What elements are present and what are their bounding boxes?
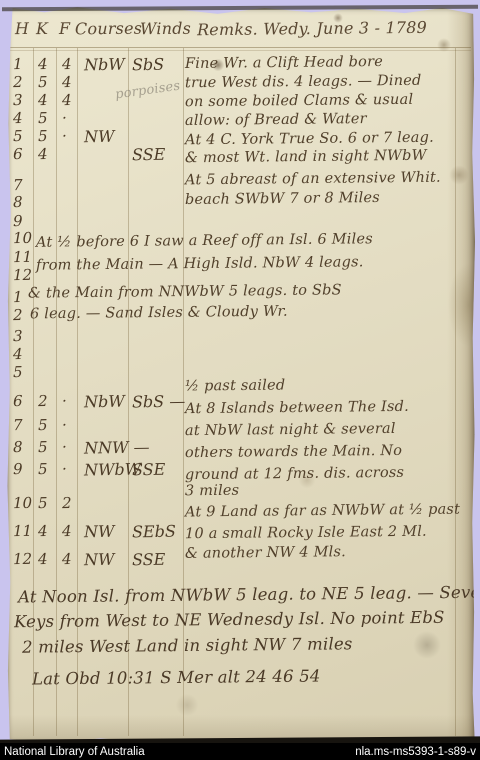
log-row: 9 [7, 212, 475, 230]
hour-cell: 1 [13, 288, 23, 306]
hour-cell: 2 [13, 73, 23, 91]
remark-line: At 5 abreast of an extensive Whit. [185, 170, 441, 189]
fathoms-cell: · [62, 438, 67, 456]
course-cell: NNW — [84, 437, 150, 457]
hour-cell: 10 [13, 229, 32, 247]
hour-cell: 3 [13, 91, 23, 109]
remark-line: allow: of Bread & Water [185, 111, 367, 129]
hour-cell: 9 [13, 212, 23, 230]
header-rule [9, 47, 471, 48]
wind-cell: SEbS [132, 522, 176, 542]
header-fathoms-label: F [59, 19, 71, 38]
knots-cell: 4 [38, 91, 48, 109]
noon-summary-line: Keys from West to NE Wednesdy Isl. No po… [14, 608, 445, 632]
hour-cell: 5 [13, 363, 23, 381]
knots-cell: 2 [38, 392, 48, 410]
wind-cell: SSE [132, 550, 166, 570]
course-cell: NbW [84, 55, 125, 75]
remark-line: At 9 Land as far as NWbW at ½ past [185, 502, 460, 521]
wind-cell: SSE [132, 145, 166, 165]
hour-cell: 10 [13, 494, 32, 512]
hour-cell: 4 [13, 345, 23, 363]
knots-cell: 5 [38, 460, 48, 478]
remark-line: At 4 C. York True So. 6 or 7 leag. [185, 130, 434, 149]
hour-cell: 6 [13, 145, 23, 163]
hour-cell: 6 [13, 392, 23, 410]
hour-cell: 1 [13, 55, 23, 73]
header-courses-label: Courses [75, 19, 142, 39]
knots-cell: 5 [38, 438, 48, 456]
header-remarks-label: Remks. Wedy. June 3 - 1789 [197, 18, 427, 39]
fathoms-cell: 4 [62, 73, 72, 91]
fathoms-cell: 2 [62, 494, 72, 512]
fathoms-cell: 4 [62, 91, 72, 109]
remark-line: & another NW 4 Mls. [185, 544, 346, 562]
remark-line: & the Main from NNWbW 5 leags. to SbS [28, 282, 342, 301]
hour-cell: 8 [13, 193, 23, 211]
hour-cell: 2 [13, 306, 23, 324]
knots-cell: 4 [38, 522, 48, 540]
remark-line: ground at 12 fms. dis. across [185, 465, 404, 483]
remark-line: & most Wt. land in sight NWbW [185, 148, 427, 167]
hour-cell: 7 [13, 416, 23, 434]
fathoms-cell: · [62, 416, 67, 434]
noon-summary-line: At Noon Isl. from NWbW 5 leag. to NE 5 l… [18, 583, 480, 607]
manuscript-reference: nla.ms-ms5393-1-s89-v [355, 746, 476, 758]
fathoms-cell: · [62, 392, 67, 410]
wind-cell: SbS — [132, 392, 186, 412]
header-knots-label: K [36, 19, 48, 38]
remark-line: others towards the Main. No [185, 443, 402, 461]
header-hours-label: H [15, 19, 29, 38]
fathoms-cell: · [62, 109, 67, 127]
hour-cell: 12 [13, 550, 32, 568]
remark-line: At 8 Islands between The Isd. [185, 399, 409, 417]
fathoms-cell: 4 [62, 550, 72, 568]
remark-line: from the Main — A High Isld. NbW 4 leags… [36, 254, 364, 273]
remark-line: 3 miles [185, 483, 239, 500]
log-row: 3 [7, 327, 475, 345]
knots-cell: 5 [38, 416, 48, 434]
library-name: National Library of Australia [4, 746, 145, 758]
course-cell: NW [84, 550, 115, 570]
hour-cell: 3 [13, 327, 23, 345]
remark-line: 6 leag. — Sand Isles & Cloudy Wr. [30, 304, 288, 323]
hour-cell: 9 [13, 460, 23, 478]
remark-line: true West dis. 4 leags. — Dined [185, 73, 422, 91]
fathoms-cell: 4 [62, 522, 72, 540]
course-cell: NW [84, 522, 115, 542]
knots-cell: 4 [38, 55, 48, 73]
knots-cell: 4 [38, 145, 48, 163]
hour-cell: 11 [13, 248, 32, 266]
manuscript-page: H K F Courses Winds Remks. Wedy. June 3 … [7, 5, 475, 745]
hour-cell: 12 [13, 266, 32, 284]
knots-cell: 5 [38, 73, 48, 91]
knots-cell: 4 [38, 550, 48, 568]
header-winds-label: Winds [140, 19, 191, 39]
fathoms-cell: · [62, 127, 67, 145]
header-rule [9, 50, 471, 51]
fathoms-cell: 4 [62, 55, 72, 73]
log-row: 4 [7, 345, 475, 363]
wind-cell: SbS [132, 55, 164, 75]
remark-line: beach SWbW 7 or 8 Miles [185, 190, 380, 208]
noon-summary-line: 2 miles West Land in sight NW 7 miles [22, 634, 353, 656]
hour-cell: 8 [13, 438, 23, 456]
remark-line: ½ past sailed [185, 377, 285, 394]
remark-line: Fine Wr. a Clift Head bore [185, 54, 383, 72]
wind-cell: SSE [132, 460, 166, 480]
fathoms-cell: · [62, 460, 67, 478]
hour-cell: 11 [13, 522, 32, 540]
course-cell: NbW [84, 392, 125, 412]
page-top-edge [2, 5, 478, 11]
hour-cell: 5 [13, 127, 23, 145]
hour-cell: 7 [13, 176, 23, 194]
remark-line: 10 a small Rocky Isle East 2 Ml. [185, 524, 427, 543]
latitude-observation: Lat Obd 10:31 S Mer alt 24 46 54 [32, 666, 321, 688]
knots-cell: 5 [38, 494, 48, 512]
course-cell: NW [84, 127, 115, 147]
remark-line: at NbW last night & several [185, 421, 396, 439]
remark-line: on some boiled Clams & usual [185, 92, 413, 110]
caption-bar: National Library of Australia nla.ms-ms5… [0, 743, 480, 760]
knots-cell: 5 [38, 109, 48, 127]
hour-cell: 4 [13, 109, 23, 127]
knots-cell: 5 [38, 127, 48, 145]
